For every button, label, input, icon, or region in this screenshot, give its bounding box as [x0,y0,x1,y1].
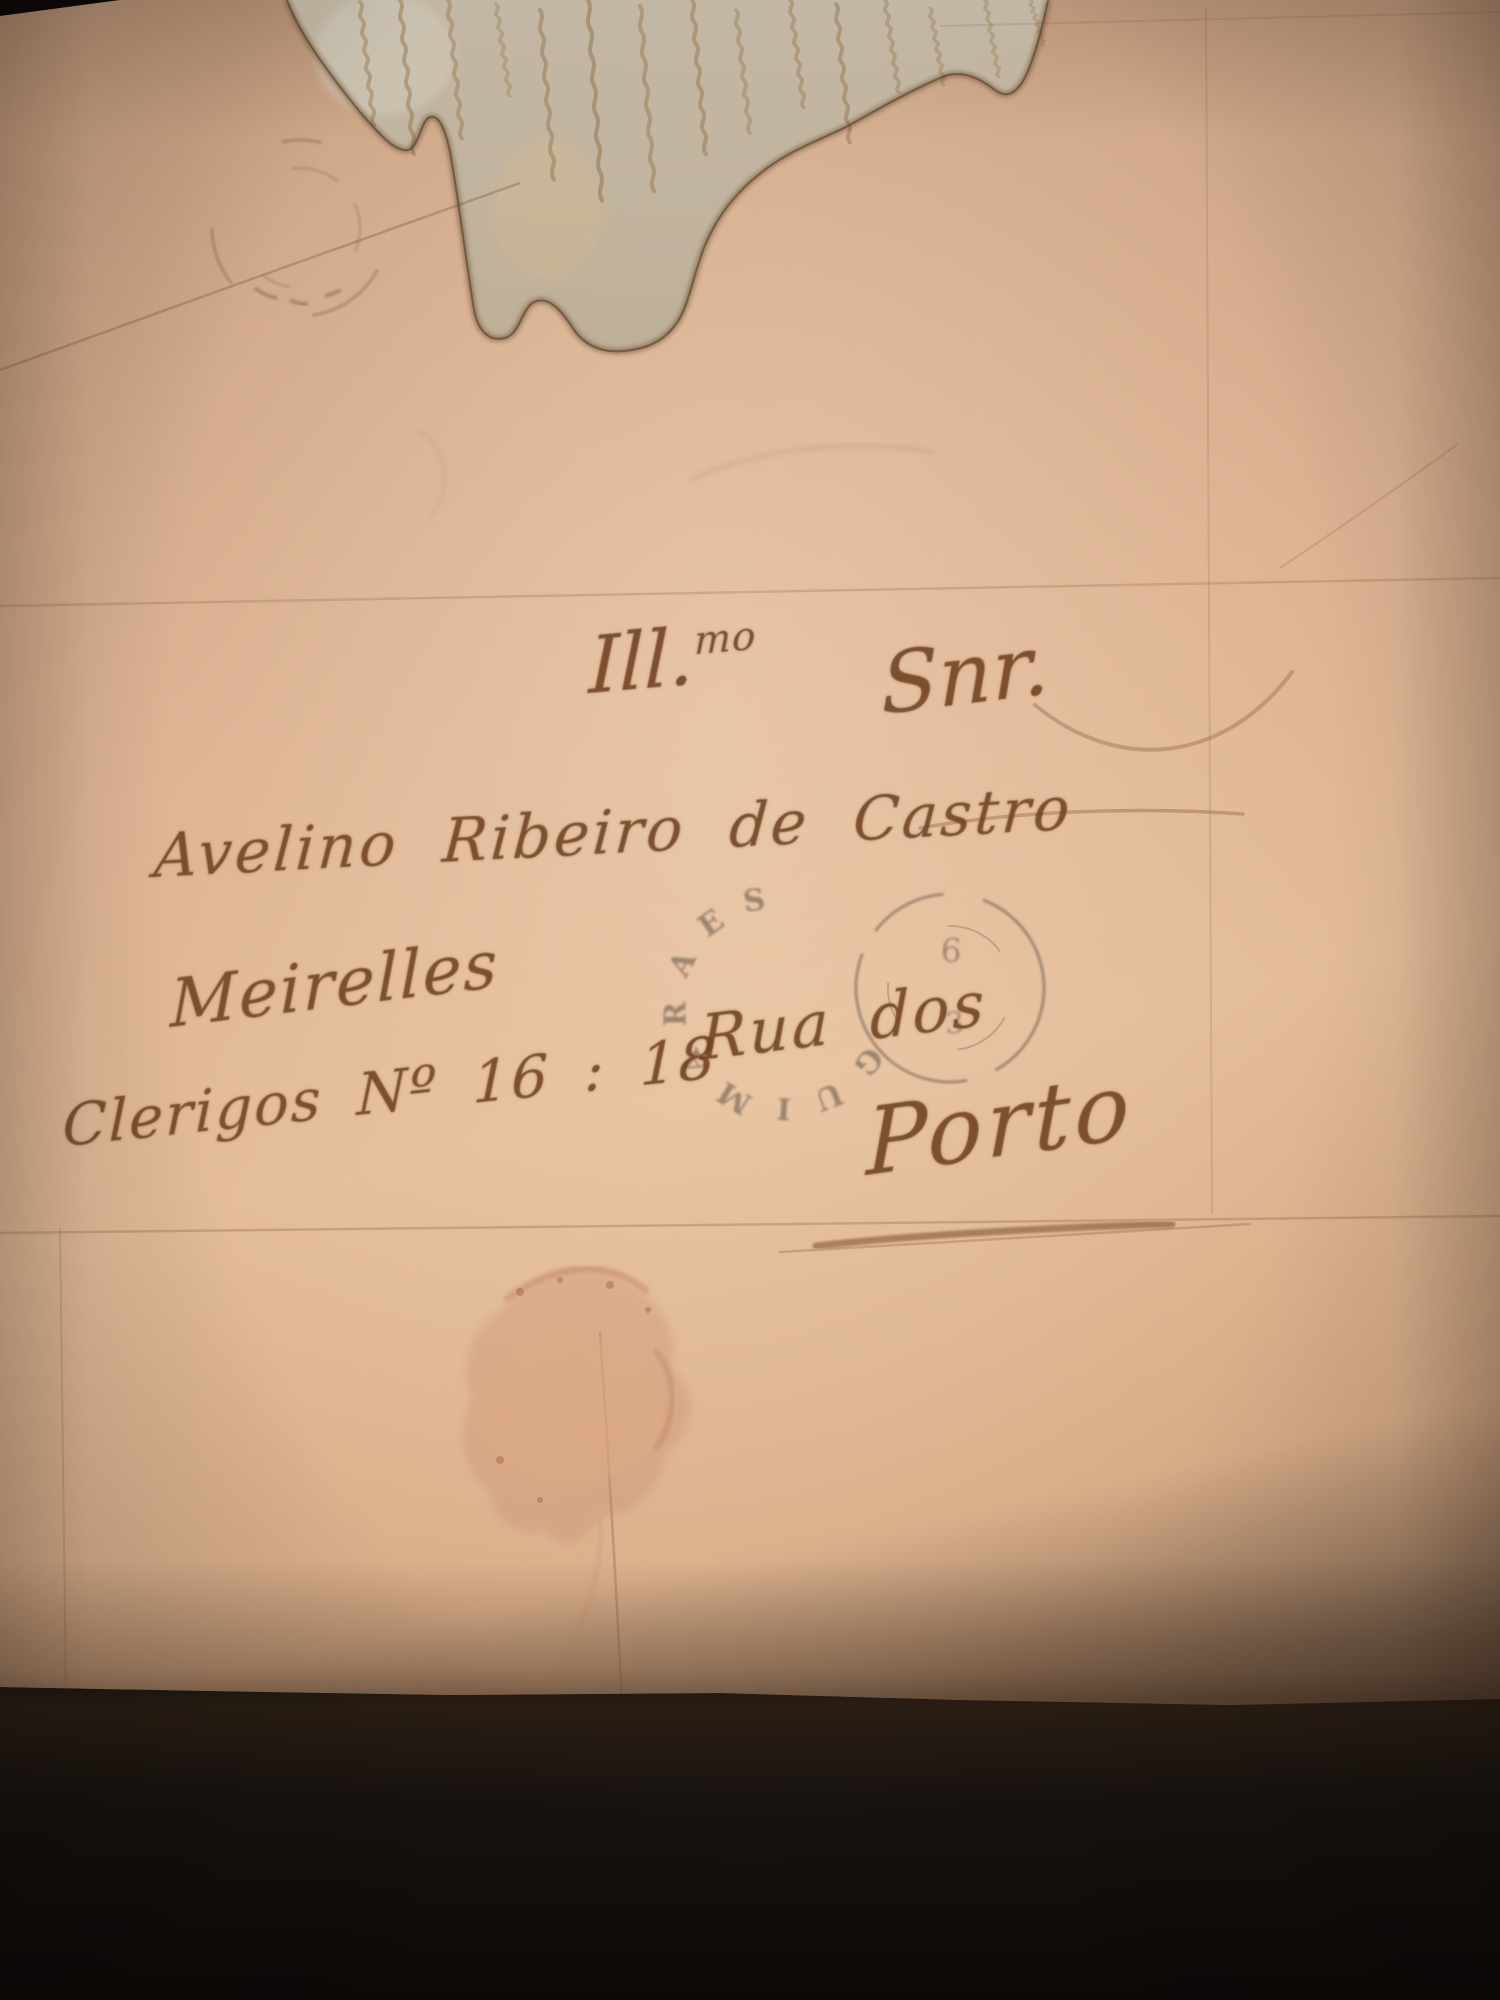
postmark-day: 6 [940,930,962,970]
salutation-superscript: mo [694,614,757,665]
torn-area [287,0,1048,515]
salutation-main: Ill. [588,612,695,712]
letter-paper: GUIMARAES 6 3 [0,0,1500,2000]
photo-backdrop: GUIMARAES 6 3 [0,0,1500,2000]
wax-stain [463,1268,691,1640]
salutation: Ill.mo [588,607,757,712]
partial-postmark [180,108,420,348]
city-underline-flourish [816,1224,1172,1246]
salutation-honorific: Snr. [880,615,1050,734]
